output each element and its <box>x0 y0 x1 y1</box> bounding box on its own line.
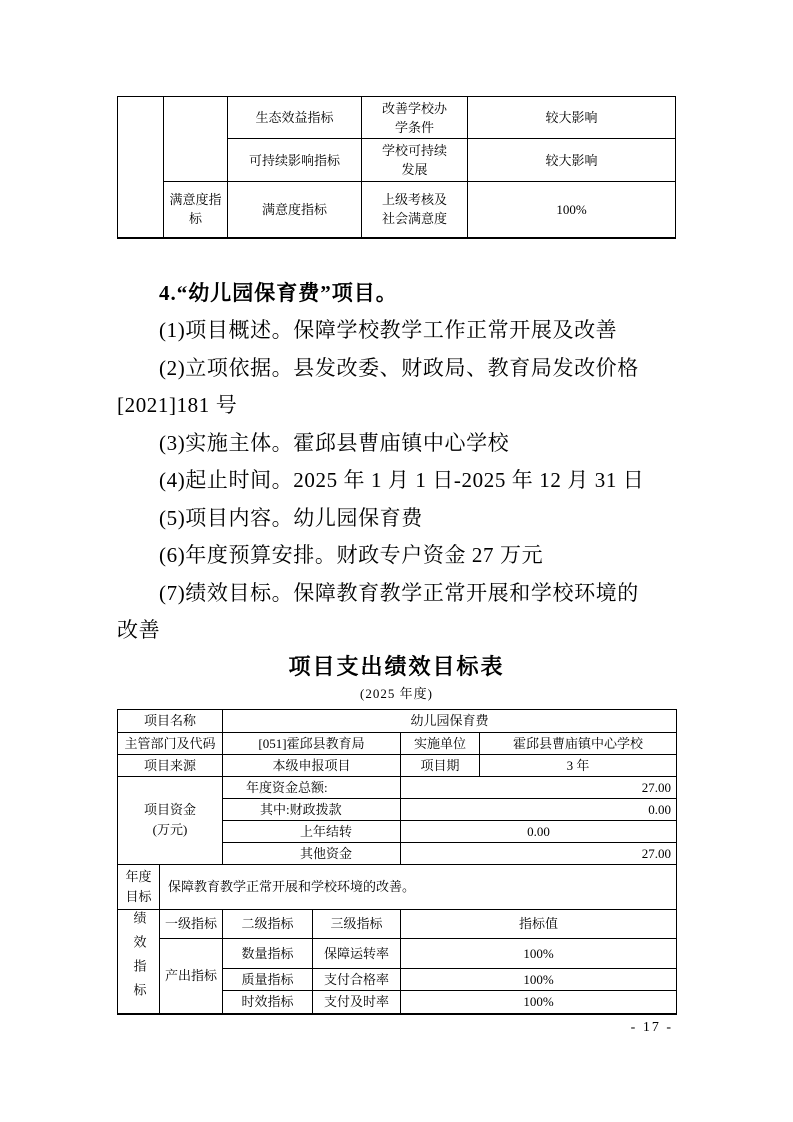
indicator-value-cell: 较大影响 <box>468 97 676 139</box>
indicator-criterion-cell: 改善学校办学条件 <box>362 97 468 139</box>
table-row: 产出指标 数量指标 保障运转率 100% <box>118 938 677 969</box>
project-source-value: 本级申报项目 <box>223 754 401 776</box>
fund-row-label: 上年结转 <box>223 820 401 842</box>
level2-indicator-cell: 质量指标 <box>223 969 313 991</box>
indicator-value-cell: 100% <box>401 991 677 1014</box>
table-row: 满意度指标 满意度指标 上级考核及社会满意度 100% <box>118 182 676 238</box>
table-row: 绩效指标 一级指标 二级指标 三级指标 指标值 <box>118 909 677 938</box>
level3-indicator-cell: 支付及时率 <box>313 991 401 1014</box>
project-name-label: 项目名称 <box>118 709 223 732</box>
body-line: (2)立项依据。县发改委、财政局、教育局发改价格 <box>117 350 676 388</box>
level1-header: 一级指标 <box>160 909 223 938</box>
fund-row-label: 年度资金总额: <box>223 776 401 798</box>
department-label: 主管部门及代码 <box>118 732 223 754</box>
body-line: 改善 <box>117 612 676 650</box>
body-line: (1)项目概述。保障学校教学工作正常开展及改善 <box>117 312 676 350</box>
level2-indicator-cell: 数量指标 <box>223 938 313 969</box>
fund-row-value: 27.00 <box>401 842 677 864</box>
page-content: 生态效益指标 改善学校办学条件 较大影响 可持续影响指标 学校可持续发展 较大影… <box>117 96 676 1015</box>
table-row: 年度 目标 保障教育教学正常开展和学校环境的改善。 <box>118 864 677 909</box>
indicator-name-cell: 可持续影响指标 <box>228 139 362 182</box>
level2-header: 二级指标 <box>223 909 313 938</box>
performance-indicators-label: 绩效指标 <box>118 909 160 1014</box>
section-heading: 4.“幼儿园保育费”项目。 <box>117 275 676 313</box>
table-row: 项目名称 幼儿园保育费 <box>118 709 677 732</box>
annual-goal-label-line2: 目标 <box>125 889 151 904</box>
table-row: 项目来源 本级申报项目 项目期 3 年 <box>118 754 677 776</box>
fund-row-label: 其中:财政拨款 <box>223 798 401 820</box>
table-row: 项目资金 (万元) 年度资金总额: 27.00 <box>118 776 677 798</box>
project-funds-label-line1: 项目资金 <box>144 802 196 817</box>
performance-table-fragment: 生态效益指标 改善学校办学条件 较大影响 可持续影响指标 学校可持续发展 较大影… <box>117 96 676 239</box>
implementing-unit-label: 实施单位 <box>401 732 480 754</box>
project-funds-label-line2: (万元) <box>153 822 188 837</box>
body-line: (4)起止时间。2025 年 1 月 1 日-2025 年 12 月 31 日 <box>117 462 676 500</box>
department-value: [051]霍邱县教育局 <box>223 732 401 754</box>
fragment-level1-cell <box>164 97 228 182</box>
level3-indicator-cell: 保障运转率 <box>313 938 401 969</box>
project-name-value: 幼儿园保育费 <box>223 709 677 732</box>
target-table-subtitle: (2025 年度) <box>117 685 676 702</box>
project-period-value: 3 年 <box>480 754 677 776</box>
indicator-value-cell: 较大影响 <box>468 139 676 182</box>
performance-indicators-label-text: 绩效指标 <box>131 911 147 1007</box>
project-period-label: 项目期 <box>401 754 480 776</box>
body-line: (6)年度预算安排。财政专户资金 27 万元 <box>117 537 676 575</box>
section-body: 4.“幼儿园保育费”项目。 (1)项目概述。保障学校教学工作正常开展及改善 (2… <box>117 275 676 650</box>
indicator-value-cell: 100% <box>401 938 677 969</box>
annual-goal-label-line1: 年度 <box>125 869 151 884</box>
annual-goal-label: 年度 目标 <box>118 864 160 909</box>
indicator-criterion-cell: 上级考核及社会满意度 <box>362 182 468 238</box>
indicator-criterion-cell: 学校可持续发展 <box>362 139 468 182</box>
annual-goal-text: 保障教育教学正常开展和学校环境的改善。 <box>160 864 677 909</box>
target-table-title: 项目支出绩效目标表 <box>117 654 676 680</box>
indicator-name-cell: 生态效益指标 <box>228 97 362 139</box>
indicator-value-header: 指标值 <box>401 909 677 938</box>
body-line: (7)绩效目标。保障教育教学正常开展和学校环境的 <box>117 575 676 613</box>
expenditure-performance-target-table: 项目名称 幼儿园保育费 主管部门及代码 [051]霍邱县教育局 实施单位 霍邱县… <box>117 709 677 1015</box>
level3-indicator-cell: 支付合格率 <box>313 969 401 991</box>
level3-header: 三级指标 <box>313 909 401 938</box>
project-source-label: 项目来源 <box>118 754 223 776</box>
fund-row-value: 0.00 <box>401 798 677 820</box>
fund-row-value: 27.00 <box>401 776 677 798</box>
indicator-value-cell: 100% <box>401 969 677 991</box>
fragment-level1-cell: 满意度指标 <box>164 182 228 238</box>
indicator-value-cell: 100% <box>468 182 676 238</box>
table-row: 生态效益指标 改善学校办学条件 较大影响 <box>118 97 676 139</box>
body-line: [2021]181 号 <box>117 387 676 425</box>
fund-row-label: 其他资金 <box>223 842 401 864</box>
page-number: - 17 - <box>631 1020 673 1036</box>
body-line: (5)项目内容。幼儿园保育费 <box>117 500 676 538</box>
fund-row-value: 0.00 <box>401 820 677 842</box>
fragment-category-cell <box>118 97 164 238</box>
output-indicator-group-label: 产出指标 <box>160 938 223 1014</box>
project-funds-label: 项目资金 (万元) <box>118 776 223 864</box>
body-line: (3)实施主体。霍邱县曹庙镇中心学校 <box>117 425 676 463</box>
implementing-unit-value: 霍邱县曹庙镇中心学校 <box>480 732 677 754</box>
table-row: 主管部门及代码 [051]霍邱县教育局 实施单位 霍邱县曹庙镇中心学校 <box>118 732 677 754</box>
indicator-name-cell: 满意度指标 <box>228 182 362 238</box>
level2-indicator-cell: 时效指标 <box>223 991 313 1014</box>
